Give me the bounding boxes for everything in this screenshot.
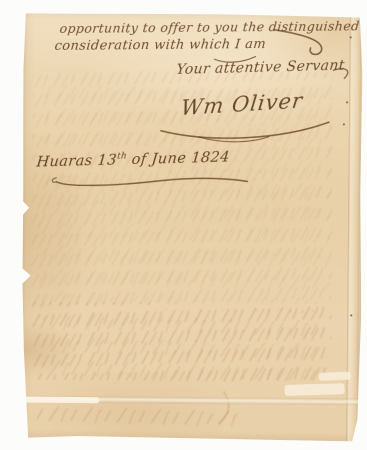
ink-speck [350, 36, 352, 38]
letter-body-line-2: consideration with which I am [54, 37, 267, 54]
crease-wear-mark [21, 397, 99, 404]
ink-speck [350, 314, 352, 316]
scuff-mark [284, 383, 344, 396]
dateline-rest: of June 1824 [126, 149, 231, 168]
ink-speck [346, 101, 348, 103]
dateline-place-day: Huaras 13 [36, 152, 118, 170]
ink-speck [343, 123, 345, 125]
letter-body-line-1: opportunity to offer to you the distingu… [59, 18, 360, 36]
letter-paper: opportunity to offer to you the distingu… [18, 12, 364, 443]
scuff-mark [319, 372, 351, 381]
photo-background: opportunity to offer to you the distingu… [0, 0, 367, 450]
